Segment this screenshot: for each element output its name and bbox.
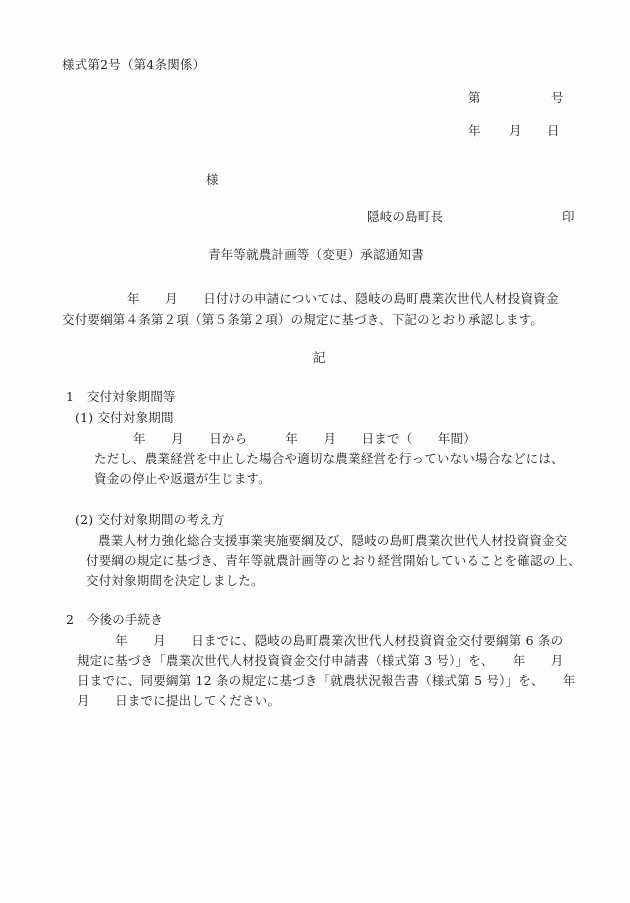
section1-note-line-2: 資金の停止や返還が生じます。 — [94, 473, 271, 486]
date-year: 年 — [468, 125, 481, 138]
issuer-seal: 印 — [562, 211, 575, 224]
section1-sub2-line-1: 農業人材力強化総合支援事業実施要綱及び、隠岐の島町農業次世代人材投資資金交 — [98, 535, 567, 548]
document-title: 青年等就農計画等（変更）承認通知書 — [208, 249, 424, 262]
doc-number-suffix: 号 — [551, 92, 564, 105]
date-day: 日 — [547, 125, 560, 138]
doc-number-prefix: 第 — [468, 92, 481, 105]
section2-line-3: 日までに、同要綱第 12 条の規定に基づき「就農状況報告書（様式第 5 号）」を… — [77, 675, 576, 688]
section1-period: 年 月 日から 年 月 日まで（ 年間） — [133, 433, 476, 446]
section2-heading: 2 今後の手続き — [66, 614, 163, 627]
form-label: 様式第2号（第4条関係） — [62, 59, 205, 72]
section2-line-2: 規定に基づき「農業次世代人材投資資金交付申請書（様式第 3 号）」を、 年 月 — [77, 655, 564, 668]
issuer-name: 隠岐の島町長 — [367, 211, 443, 224]
date-month: 月 — [509, 125, 522, 138]
ki-heading: 記 — [313, 352, 326, 365]
addressee-honorific: 様 — [206, 174, 219, 187]
section1-heading: 1 交付対象期間等 — [66, 391, 176, 404]
section1-sub2-line-3: 交付対象期間を決定しました。 — [86, 575, 264, 588]
section1-note-line-1: ただし、農業経営を中止した場合や適切な農業経営を行っていない場合などには、 — [94, 453, 564, 466]
section2-line-1: 年 月 日までに、隠岐の島町農業次世代人材投資資金交付要綱第 6 条の — [115, 635, 563, 648]
section1-sub2-heading: (2) 交付対象期間の考え方 — [75, 514, 224, 527]
section1-sub1-heading: (1) 交付対象期間 — [75, 412, 174, 425]
section2-line-4: 月 日までに提出してください。 — [77, 695, 280, 708]
intro-line-2: 交付要綱第４条第２項（第５条第２項）の規定に基づき、下記のとおり承認します。 — [62, 314, 543, 327]
intro-line-1: 年 月 日付けの申請については、隠岐の島町農業次世代人材投資資金 — [127, 293, 559, 306]
section1-sub2-line-2: 付要綱の規定に基づき、青年等就農計画等のとおり経営開始していることを確認の上、 — [86, 555, 581, 568]
